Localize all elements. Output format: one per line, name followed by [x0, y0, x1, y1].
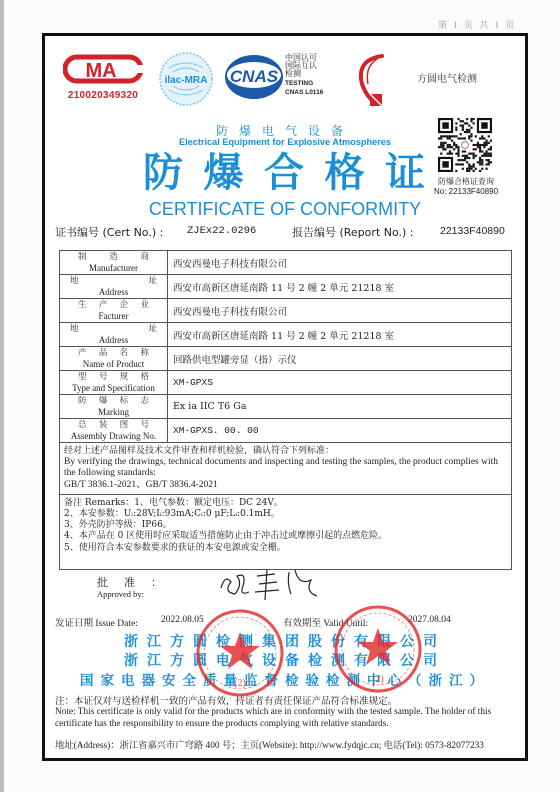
row-label-en: Name of Product [60, 359, 167, 370]
fangyuan-name: 方圆电气检测 [417, 70, 477, 85]
certificate-frame: MA 210020349320 ilac-MRA CNAS 中国认可 国际互认 … [42, 33, 528, 761]
fangyuan-logo [350, 50, 410, 115]
verification-cn: 经对上述产品图样及技术文件审查和样机检验，确认符合下列标准： [64, 446, 507, 457]
row-value: 西安市高新区唐延南路 11 号 2 幢 2 单元 21218 室 [168, 275, 512, 299]
qr-label: 防爆合格证查询 [423, 176, 509, 187]
ilac-mra-icon: ilac-MRA [157, 50, 215, 108]
row-value: XM-GPXS. 00. 00 [168, 419, 512, 443]
product-info-table: 制造商Manufacturer西安西曼电子科技有限公司地址Address西安市高… [59, 250, 512, 570]
row-label: 型号规格Type and Specification [60, 371, 168, 395]
qr-number: No: 22133F40890 [423, 187, 509, 196]
row-value: 西安市高新区唐延南路 11 号 2 幢 2 单元 21218 室 [168, 323, 512, 347]
organization-2: 浙江方圆电气设备检测有限公司 [45, 650, 525, 670]
row-value: 西安西曼电子科技有限公司 [168, 299, 512, 323]
row-label-cn: 防爆标志 [60, 396, 167, 407]
table-row: 总装图号Assembly Drawing No.XM-GPXS. 00. 00 [60, 419, 512, 443]
row-label-en: Marking [60, 407, 167, 418]
row-label-en: Facturer [60, 311, 167, 322]
remark-1: 备注 Remarks：1、电气参数：额定电压：DC 24V。 [64, 498, 507, 509]
footer-contact: 地址(Address)：浙江省嘉兴市广穹路 400 号；主页(Website):… [55, 737, 484, 751]
qr-code-icon[interactable] [438, 118, 492, 172]
approved-by-label-cn: 批准： [97, 574, 178, 590]
report-no-label: 报告编号 (Report No.) : [292, 224, 414, 240]
cert-no-label: 证书编号 (Cert No.) : [55, 224, 163, 240]
svg-text:(2): (2) [234, 678, 246, 689]
ilac-mra-logo: ilac-MRA [157, 50, 215, 113]
remark-2: 2、本安参数：Uᵢ:28V;Iᵢ:93mA;Cᵢ:0 μF;Lᵢ:0.1mH。 [64, 509, 507, 520]
issue-date-label: 发证日期 Issue Date: [55, 615, 138, 629]
row-label: 总装图号Assembly Drawing No. [60, 419, 168, 443]
cma-logo: MA 210020349320 [63, 54, 143, 101]
row-label-cn: 地址 [60, 324, 167, 335]
row-label: 防爆标志Marking [60, 395, 168, 419]
svg-text:(2): (2) [372, 674, 384, 685]
row-label: 地址Address [60, 323, 168, 347]
table-row: 防爆标志MarkingEx ia IIC T6 Ga [60, 395, 512, 419]
signature-icon [213, 566, 323, 604]
cma-number: 210020349320 [63, 90, 143, 101]
seal-stamp-icon: (2) [195, 608, 285, 698]
table-row: 地址Address西安市高新区唐延南路 11 号 2 幢 2 单元 21218 … [60, 275, 512, 299]
row-label-cn: 总装图号 [60, 420, 167, 431]
svg-text:MA: MA [85, 60, 116, 82]
scan-edge [0, 0, 4, 792]
row-label-cn: 地址 [60, 276, 167, 287]
row-label-en: Address [60, 335, 167, 346]
row-label-cn: 型号规格 [60, 372, 167, 383]
remark-5: 5、使用符合本安参数要求的获证的本安电源或安全栅。 [64, 543, 507, 554]
remark-3: 3、外壳防护等级：IP66。 [64, 520, 507, 531]
cma-mark-icon: MA [63, 54, 143, 84]
svg-text:ilac-MRA: ilac-MRA [165, 75, 208, 86]
remark-4: 4、本产品在 0 区使用时应采取适当措施防止由于冲击过或摩擦引起的点燃危险。 [64, 531, 507, 542]
organization-3: 国家电器安全质量监督检验检测中心（浙江） [45, 669, 525, 689]
table-row: 制造商Manufacturer西安西曼电子科技有限公司 [60, 251, 512, 275]
table-row: 型号规格Type and SpecificationXM-GPXS [60, 371, 512, 395]
page-number: 第 1 页 共 1 页 [438, 18, 516, 31]
verification-en: By verifying the drawings, technical doc… [64, 457, 507, 479]
row-value: Ex ia IIC T6 Ga [168, 395, 512, 419]
organization-1: 浙江方圆检测集团股份有限公司 [45, 631, 525, 651]
approved-by-label-en: Approved by: [97, 589, 144, 599]
cert-no-value: ZJEx22.0296 [187, 225, 256, 237]
row-label-en: Type and Specification [60, 383, 167, 394]
cnas-caption: 中国认可 国际互认 检测 TESTING CNAS L0116 [285, 54, 323, 96]
seal-stamp-icon: (2) [333, 604, 423, 694]
row-label: 生产企业Facturer [60, 299, 168, 323]
note-cn: 注：本证仅对与送检样机一致的产品有效，持证者有责任保证产品符合标准规定。 [55, 693, 397, 707]
row-label: 制造商Manufacturer [60, 251, 168, 275]
row-label-cn: 制造商 [60, 252, 167, 263]
row-label-en: Manufacturer [60, 263, 167, 274]
row-value: 西安西曼电子科技有限公司 [168, 251, 512, 275]
note-en: Note: This certificate is only valid for… [55, 707, 517, 730]
report-no-value: 22133F40890 [440, 225, 505, 237]
table-row: 生产企业Facturer西安西曼电子科技有限公司 [60, 299, 512, 323]
fangyuan-swoosh-icon [350, 50, 410, 110]
row-label-cn: 生产企业 [60, 300, 167, 311]
row-value: 回路供电型罐旁显（指）示仪 [168, 347, 512, 371]
cnas-logo: CNAS [223, 52, 285, 107]
standards: GB/T 3836.1-2021、GB/T 3836.4-2021 [64, 480, 507, 491]
table-row: 地址Address西安市高新区唐延南路 11 号 2 幢 2 单元 21218 … [60, 323, 512, 347]
row-label-en: Address [60, 287, 167, 298]
remarks-cell: 备注 Remarks：1、电气参数：额定电压：DC 24V。 2、本安参数：Uᵢ… [60, 494, 512, 569]
row-label: 产品名称Name of Product [60, 347, 168, 371]
row-label-cn: 产品名称 [60, 348, 167, 359]
table-row: 产品名称Name of Product回路供电型罐旁显（指）示仪 [60, 347, 512, 371]
row-value: XM-GPXS [168, 371, 512, 395]
row-label-en: Assembly Drawing No. [60, 431, 167, 442]
certificate-title-cn: 防 爆 合 格 证 [143, 150, 425, 196]
cnas-icon: CNAS [223, 52, 285, 102]
row-label: 地址Address [60, 275, 168, 299]
svg-text:CNAS: CNAS [230, 67, 279, 86]
certificate-title-en: CERTIFICATE OF CONFORMITY [45, 199, 525, 220]
verification-cell: 经对上述产品图样及技术文件审查和样机检验，确认符合下列标准： By verify… [60, 443, 512, 495]
